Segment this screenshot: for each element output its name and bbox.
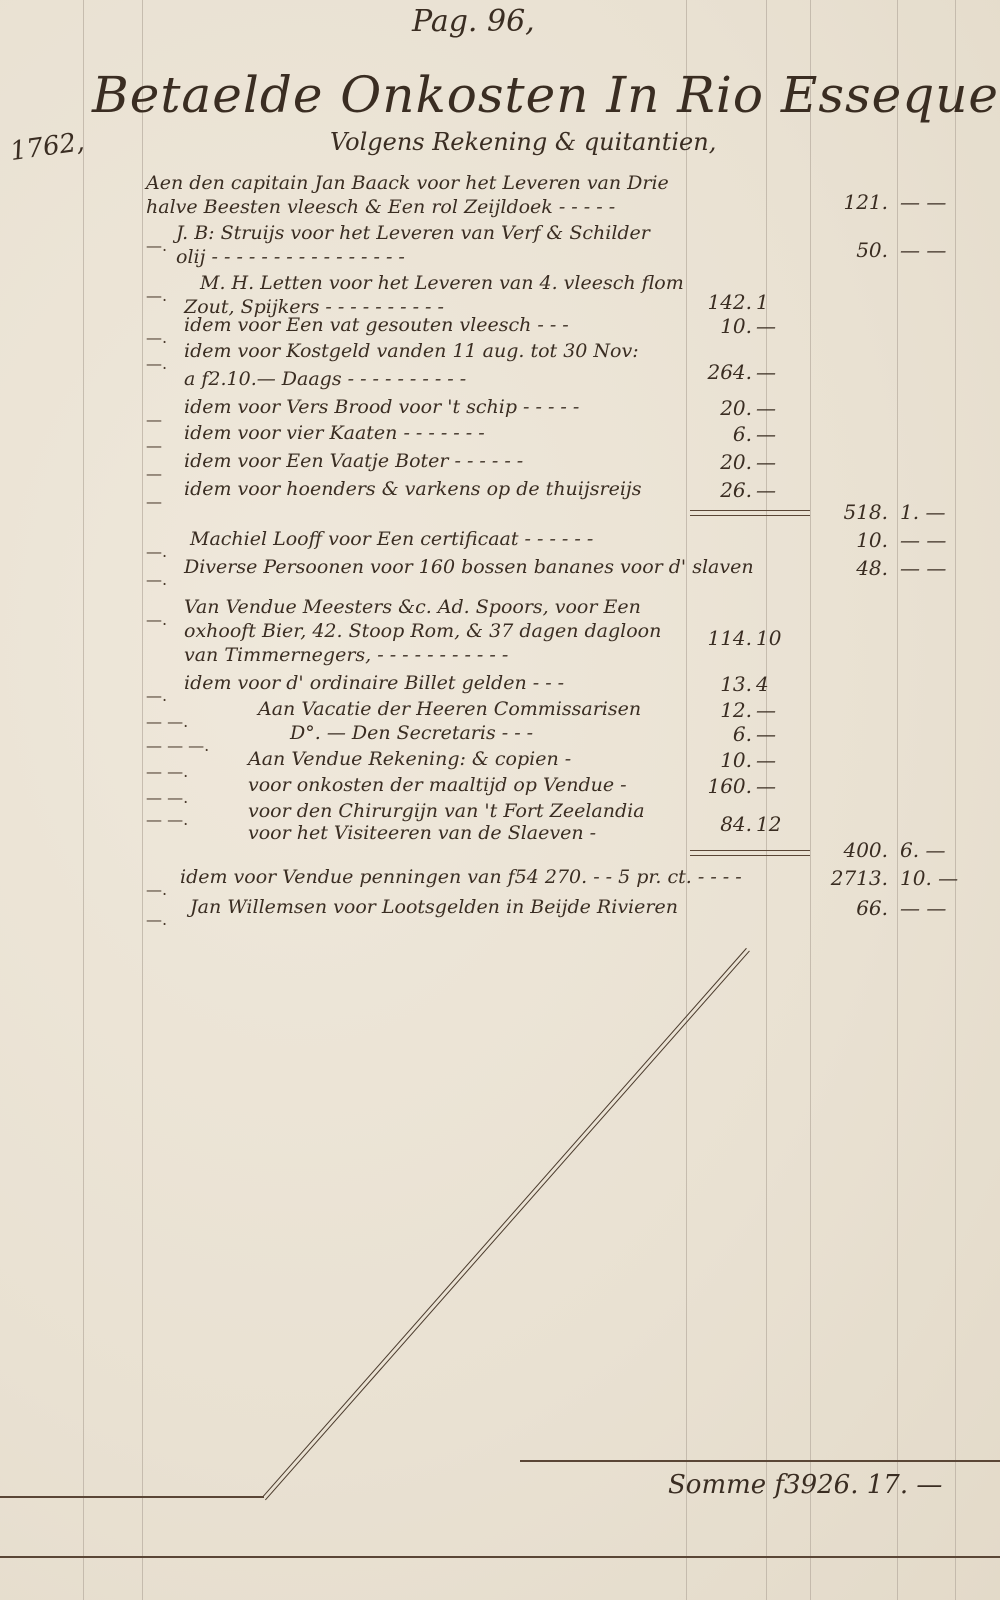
amount: 26. xyxy=(690,478,752,502)
year-label: 1762, xyxy=(8,127,86,167)
ledger-entry: —. Diverse Persoonen voor 160 bossen ban… xyxy=(0,556,1000,586)
amount: 66. xyxy=(800,896,888,920)
amount-sub: — — xyxy=(900,556,960,580)
amount-sub: — — xyxy=(900,896,960,920)
total-label: Somme xyxy=(668,1470,766,1500)
amount-sub: — xyxy=(756,360,790,384)
amount-sub: — xyxy=(756,698,790,722)
subtotal-rule xyxy=(690,510,810,516)
amount-sub: 10. — xyxy=(900,866,960,890)
total-line: Somme f3926. 17. — xyxy=(668,1470,942,1500)
amount-sub: — xyxy=(756,478,790,502)
page-title: Betaelde Onkosten In Rio Essequebo, xyxy=(92,66,1000,124)
amount-sub: 12 xyxy=(756,812,790,836)
amount-sub: — xyxy=(756,450,790,474)
ledger-entry: —. Machiel Looff voor Een certificaat - … xyxy=(0,528,1000,558)
amount: 20. xyxy=(690,450,752,474)
amount-sub: 4 xyxy=(756,672,790,696)
amount-sub: — — xyxy=(900,190,960,214)
amount: 10. xyxy=(800,528,888,552)
subtotal-sub: 6. — xyxy=(900,838,960,862)
amount: 10. xyxy=(690,314,752,338)
ledger-entry: —. Jan Willemsen voor Lootsgelden in Bei… xyxy=(0,896,1000,926)
amount: 160. xyxy=(690,774,752,798)
amount: 12. xyxy=(690,698,752,722)
ledger-entry: Aen den capitain Jan Baack voor het Leve… xyxy=(0,172,1000,202)
subtotal-rule xyxy=(690,850,810,856)
closing-rule xyxy=(0,1496,264,1498)
amount: 13. xyxy=(690,672,752,696)
amount-sub: — xyxy=(756,396,790,420)
amount-sub: — xyxy=(756,748,790,772)
total-top-rule xyxy=(520,1460,1000,1462)
amount-sub: — — xyxy=(900,238,960,262)
subtotal-sub: 1. — xyxy=(900,500,960,524)
amount: 10. xyxy=(690,748,752,772)
ledger-entry: —. idem voor Kostgeld vanden 11 aug. tot… xyxy=(0,340,1000,370)
ledger-entry: —. J. B: Struijs voor het Leveren van Ve… xyxy=(0,222,1000,252)
amount: 121. xyxy=(800,190,888,214)
amount-sub: — xyxy=(756,774,790,798)
amount: 142. xyxy=(690,290,752,314)
amount: 84. xyxy=(690,812,752,836)
amount: 6. xyxy=(690,422,752,446)
ledger-entry: — —. voor den Chirurgijn van 't Fort Zee… xyxy=(0,800,1000,830)
amount: 114. xyxy=(690,626,752,650)
ledger-entry: — idem voor Een Vaatje Boter - - - - - -… xyxy=(0,450,1000,480)
amount-sub: 1 xyxy=(756,290,790,314)
amount-sub: — xyxy=(756,314,790,338)
page-subtitle: Volgens Rekening & quitantien, xyxy=(330,128,716,156)
subtotal-amount: 518. xyxy=(800,500,888,524)
amount: 264. xyxy=(690,360,752,384)
cancel-diagonal-line xyxy=(262,948,750,1500)
amount: 2713. xyxy=(800,866,888,890)
subtotal-amount: 400. xyxy=(800,838,888,862)
total-bottom-rule xyxy=(0,1556,1000,1558)
amount-sub: — xyxy=(756,422,790,446)
ledger-entry: —. idem voor Vendue penningen van f54 27… xyxy=(0,866,1000,896)
ledger-entry: —. M. H. Letten voor het Leveren van 4. … xyxy=(0,272,1000,302)
amount: 6. xyxy=(690,722,752,746)
amount-sub: — — xyxy=(900,528,960,552)
ledger-entry: —. Van Vendue Meesters &c. Ad. Spoors, v… xyxy=(0,596,1000,626)
amount-sub: — xyxy=(756,722,790,746)
amount-sub: 10 xyxy=(756,626,790,650)
amount: 50. xyxy=(800,238,888,262)
total-value: f3926. 17. — xyxy=(774,1470,942,1500)
amount: 48. xyxy=(800,556,888,580)
ledger-entry: — idem voor vier Kaaten - - - - - - - 6.… xyxy=(0,422,1000,452)
page-number: Pag. 96, xyxy=(412,4,535,39)
amount: 20. xyxy=(690,396,752,420)
